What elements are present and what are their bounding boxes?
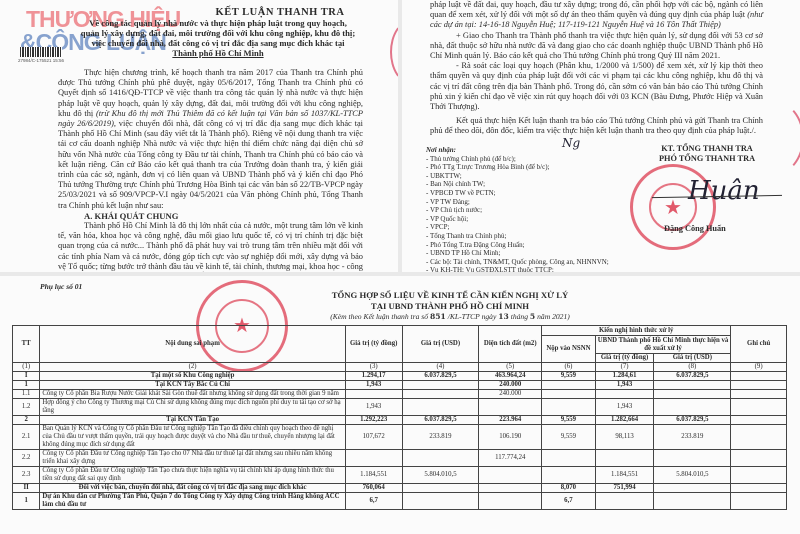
cell-content: Tại một số Khu Công nghiệp [40,372,346,381]
column-number: (3) [345,363,402,372]
header-ubnd-usd: Giá trị (USD) [654,354,731,363]
cell-value-vnd: 1.294,17 [345,372,402,381]
recipient-item: - VP Quốc hội; [426,215,609,224]
cell-value-usd: 6.037.829,5 [402,372,479,381]
cell-value-vnd [345,450,402,467]
page1-body: Thực hiện chương trình, kế hoạch thanh t… [58,68,363,272]
header-tt: TT [13,326,40,363]
cell-note [731,416,787,425]
cell-content: Công ty Cổ phần Đầu tư Công nghiệp Tân T… [40,467,346,484]
cell-ubnd-usd [654,381,731,390]
annex-title-line1: TỔNG HỢP SỐ LIỆU VỀ KINH TẾ CẦN KIẾN NGH… [250,290,650,301]
cell-value-usd [402,381,479,390]
cell-area: 117.774,24 [479,450,542,467]
cell-note [731,390,787,399]
annex-title: TỔNG HỢP SỐ LIỆU VỀ KINH TẾ CẦN KIẾN NGH… [250,290,650,311]
column-number: (4) [402,363,479,372]
cell-ubnd-vnd: 751,994 [595,484,654,493]
cell-tt: 2.3 [13,467,40,484]
recipient-item: - Thủ tướng Chính phủ (để b/c); [426,155,609,164]
cell-value-vnd [345,390,402,399]
cell-area: 240.000 [479,390,542,399]
cell-ubnd-usd: 6.037.829,5 [654,416,731,425]
column-number: (5) [479,363,542,372]
recipient-item: - UBKTTW; [426,172,609,181]
cell-area: 223.964 [479,416,542,425]
cell-ubnd-vnd: 1,943 [595,381,654,390]
recipient-item: - Tổng Thanh tra Chính phủ; [426,232,609,241]
cell-tt: 1.1 [13,390,40,399]
cell-note [731,493,787,510]
paragraph: Thành phố Hồ Chí Minh là đô thị lớn nhất… [58,221,363,272]
cell-area: 463.964,24 [479,372,542,381]
table-row: ITại một số Khu Công nghiệp1.294,176.037… [13,372,787,381]
cell-area [479,484,542,493]
cell-area [479,467,542,484]
cell-tt: 1.2 [13,399,40,416]
recipients-heading: Nơi nhận: [426,146,609,155]
annex-title-line2: TẠI UBND THÀNH PHỐ HỒ CHÍ MINH [250,301,650,312]
cell-ubnd-vnd: 1.284,61 [595,372,654,381]
cell-content: Tại KCN Tân Tạo [40,416,346,425]
recipient-item: - Ban Nội chính TW; [426,180,609,189]
stamp-edge-icon [742,100,800,176]
cell-value-usd: 6.037.829,5 [402,416,479,425]
recipient-item: - Vụ KH-TH; Vụ GSTĐXLSTT thuộc TTCP; [426,266,609,272]
cell-value-usd: 233.819 [402,425,479,450]
cell-nsnn [542,467,596,484]
cell-ubnd-vnd: 1.282,664 [595,416,654,425]
table-row: 2.1Ban Quản lý KCN và Công ty Cổ phần Đầ… [13,425,787,450]
cell-value-vnd: 6,7 [345,493,402,510]
cell-note [731,467,787,484]
cell-nsnn [542,381,596,390]
paragraph: + Giao cho Thanh tra Thành phố thanh tra… [430,31,763,62]
cell-value-usd [402,390,479,399]
cell-value-vnd: 760,064 [345,484,402,493]
cell-nsnn: 6,7 [542,493,596,510]
header-group: Kiến nghị hình thức xử lý [542,326,731,336]
recipient-item: - Phó Tổng T.tra Đặng Công Huấn; [426,241,609,250]
cell-value-vnd: 1,943 [345,399,402,416]
signer-name: Đặng Công Huấn [664,224,726,233]
header-value-vnd: Giá trị (tỷ đồng) [345,326,402,363]
annex-subtitle: (Kèm theo Kết luận thanh tra số 851 /KL-… [250,312,650,321]
cell-nsnn [542,399,596,416]
cell-note [731,484,787,493]
recipient-item: - Các bộ: Tài chính, TN&MT, Quốc phòng, … [426,258,609,267]
cell-content: Tại KCN Tây Bắc Củ Chi [40,381,346,390]
header-content: Nội dung sai phạm [40,326,346,363]
section-heading: A. KHÁI QUÁT CHUNG [58,211,363,221]
cell-content: Đối với việc bán, chuyển đổi nhà, đất cô… [40,484,346,493]
cell-content: Công ty Cổ phần Bia Rượu Nước Giải khát … [40,390,346,399]
cell-ubnd-usd [654,493,731,510]
cell-note [731,381,787,390]
cell-value-vnd: 107,672 [345,425,402,450]
document-page-3-annex: Phụ lục số 01 ★ TỔNG HỢP SỐ LIỆU VỀ KINH… [0,276,800,534]
table-row: 1Tại KCN Tây Bắc Củ Chi1,943240.0001,943 [13,381,787,390]
recipient-item: - Phó TTg T.trực Trương Hòa Bình (để b/c… [426,163,609,172]
document-page-1: THƯƠNG HIỆU &CÔNG LUẬN 27984/C-175521 15… [0,0,398,272]
subtitle-line: việc chuyển đổi nhà, đất công có vị trí … [58,38,378,48]
cell-value-vnd: 1,943 [345,381,402,390]
cell-ubnd-usd: 5.804.010,5 [654,467,731,484]
cell-nsnn [542,390,596,399]
cell-content: Ban Quản lý KCN và Công ty Cổ phần Đầu t… [40,425,346,450]
cell-value-usd [402,450,479,467]
table-row: 1.1Công ty Cổ phần Bia Rượu Nước Giải kh… [13,390,787,399]
cell-tt: 2 [13,416,40,425]
cell-content: Dự án Khu dân cư Phường Tân Phú, Quận 7 … [40,493,346,510]
cell-value-vnd: 1.184,551 [345,467,402,484]
cell-ubnd-vnd [595,450,654,467]
cell-nsnn: 8,070 [542,484,596,493]
cell-tt: 2.2 [13,450,40,467]
cell-ubnd-vnd: 1.184,551 [595,467,654,484]
header-nsnn: Nộp vào NSNN [542,336,596,363]
cell-value-usd [402,484,479,493]
cell-tt: I [13,372,40,381]
table-row: 2.2Công ty Cổ phần Đầu tư Công nghiệp Tâ… [13,450,787,467]
header-note: Ghi chú [731,326,787,363]
cell-note [731,372,787,381]
cell-value-usd [402,493,479,510]
cell-tt: 2.1 [13,425,40,450]
cell-nsnn: 9,559 [542,416,596,425]
paragraph: - Rà soát các loại quy hoạch (Phân khu, … [430,61,763,112]
barcode-number: 27984/C-175521 15:56 [18,58,64,63]
cell-value-vnd: 1.292,223 [345,416,402,425]
recipient-item: - VP TW Đảng; [426,198,609,207]
table-row: 1.2Hợp đồng ý cho Công ty Thương mại Củ … [13,399,787,416]
subtitle-line: Thành phố Hồ Chí Minh [58,48,378,58]
signature-icon: Huân [688,176,760,206]
paragraph: Thực hiện chương trình, kế hoạch thanh t… [58,68,363,211]
cell-nsnn: 9,559 [542,425,596,450]
table-row: 1Dự án Khu dân cư Phường Tân Phú, Quận 7… [13,493,787,510]
cell-value-usd [402,399,479,416]
column-number: (9) [731,363,787,372]
header-area: Diện tích đất (m2) [479,326,542,363]
column-number: (2) [40,363,346,372]
cell-ubnd-usd: 6.037.829,5 [654,372,731,381]
column-number: (7) [595,363,654,372]
cell-ubnd-vnd [595,493,654,510]
subtitle-line: quản lý xây dựng, đất đai, môi trường đố… [58,28,378,38]
paragraph: pháp luật về đất đai, quy hoạch, đầu tư … [430,0,763,31]
cell-area: 106.190 [479,425,542,450]
recipient-item: - VPBCĐ TW về PCTN; [426,189,609,198]
cell-tt: 1 [13,381,40,390]
cell-tt: II [13,484,40,493]
cell-ubnd-usd [654,390,731,399]
cell-tt: 1 [13,493,40,510]
barcode-icon [20,47,62,57]
table-row: 2Tại KCN Tân Tạo1.292,2236.037.829,5223.… [13,416,787,425]
column-number: (8) [654,363,731,372]
header-value-usd: Giá trị (USD) [402,326,479,363]
stamp-edge-icon [390,20,398,84]
annex-label: Phụ lục số 01 [40,282,82,291]
cell-nsnn: 9,559 [542,372,596,381]
recipient-item: - VPCP; [426,223,609,232]
cell-content: Hợp đồng ý cho Công ty Thương mại Củ Chi… [40,399,346,416]
table-row: IIĐối với việc bán, chuyển đổi nhà, đất … [13,484,787,493]
violations-table: TT Nội dung sai phạm Giá trị (tỷ đồng) G… [12,325,787,510]
recipients-list: Nơi nhận: - Thủ tướng Chính phủ (để b/c)… [426,146,609,272]
subtitle-line: Về công tác quản lý nhà nước và thực hiệ… [58,18,378,28]
document-page-2: pháp luật về đất đai, quy hoạch, đầu tư … [402,0,800,272]
page2-body: pháp luật về đất đai, quy hoạch, đầu tư … [430,0,763,137]
cell-note [731,399,787,416]
cell-value-usd: 5.804.010,5 [402,467,479,484]
cell-ubnd-usd [654,484,731,493]
initial-signature-icon: Ng [562,136,580,150]
cell-area [479,493,542,510]
cell-content: Công ty Cổ phần Đầu tư Công nghiệp Tân T… [40,450,346,467]
recipient-item: - VP Chủ tịch nước; [426,206,609,215]
cell-ubnd-vnd: 98,113 [595,425,654,450]
cell-ubnd-usd: 233.819 [654,425,731,450]
paragraph: Kết quả thực hiện Kết luận thanh tra báo… [430,116,763,136]
cell-area: 240.000 [479,381,542,390]
cell-ubnd-vnd [595,390,654,399]
table-row: 2.3Công ty Cổ phần Đầu tư Công nghiệp Tâ… [13,467,787,484]
header-ubnd-vnd: Giá trị (tỷ đồng) [595,354,654,363]
cell-note [731,450,787,467]
cell-ubnd-usd [654,450,731,467]
document-title: KẾT LUẬN THANH TRA [150,7,398,18]
column-number: (6) [542,363,596,372]
cell-nsnn [542,450,596,467]
recipient-item: - UBND TP Hồ Chí Minh; [426,249,609,258]
cell-note [731,425,787,450]
column-number: (1) [13,363,40,372]
cell-ubnd-vnd: 1,943 [595,399,654,416]
document-subtitle: Về công tác quản lý nhà nước và thực hiệ… [58,18,378,58]
cell-ubnd-usd [654,399,731,416]
cell-area [479,399,542,416]
header-ubnd: UBND Thành phố Hồ Chí Minh thực hiện và … [595,336,731,354]
